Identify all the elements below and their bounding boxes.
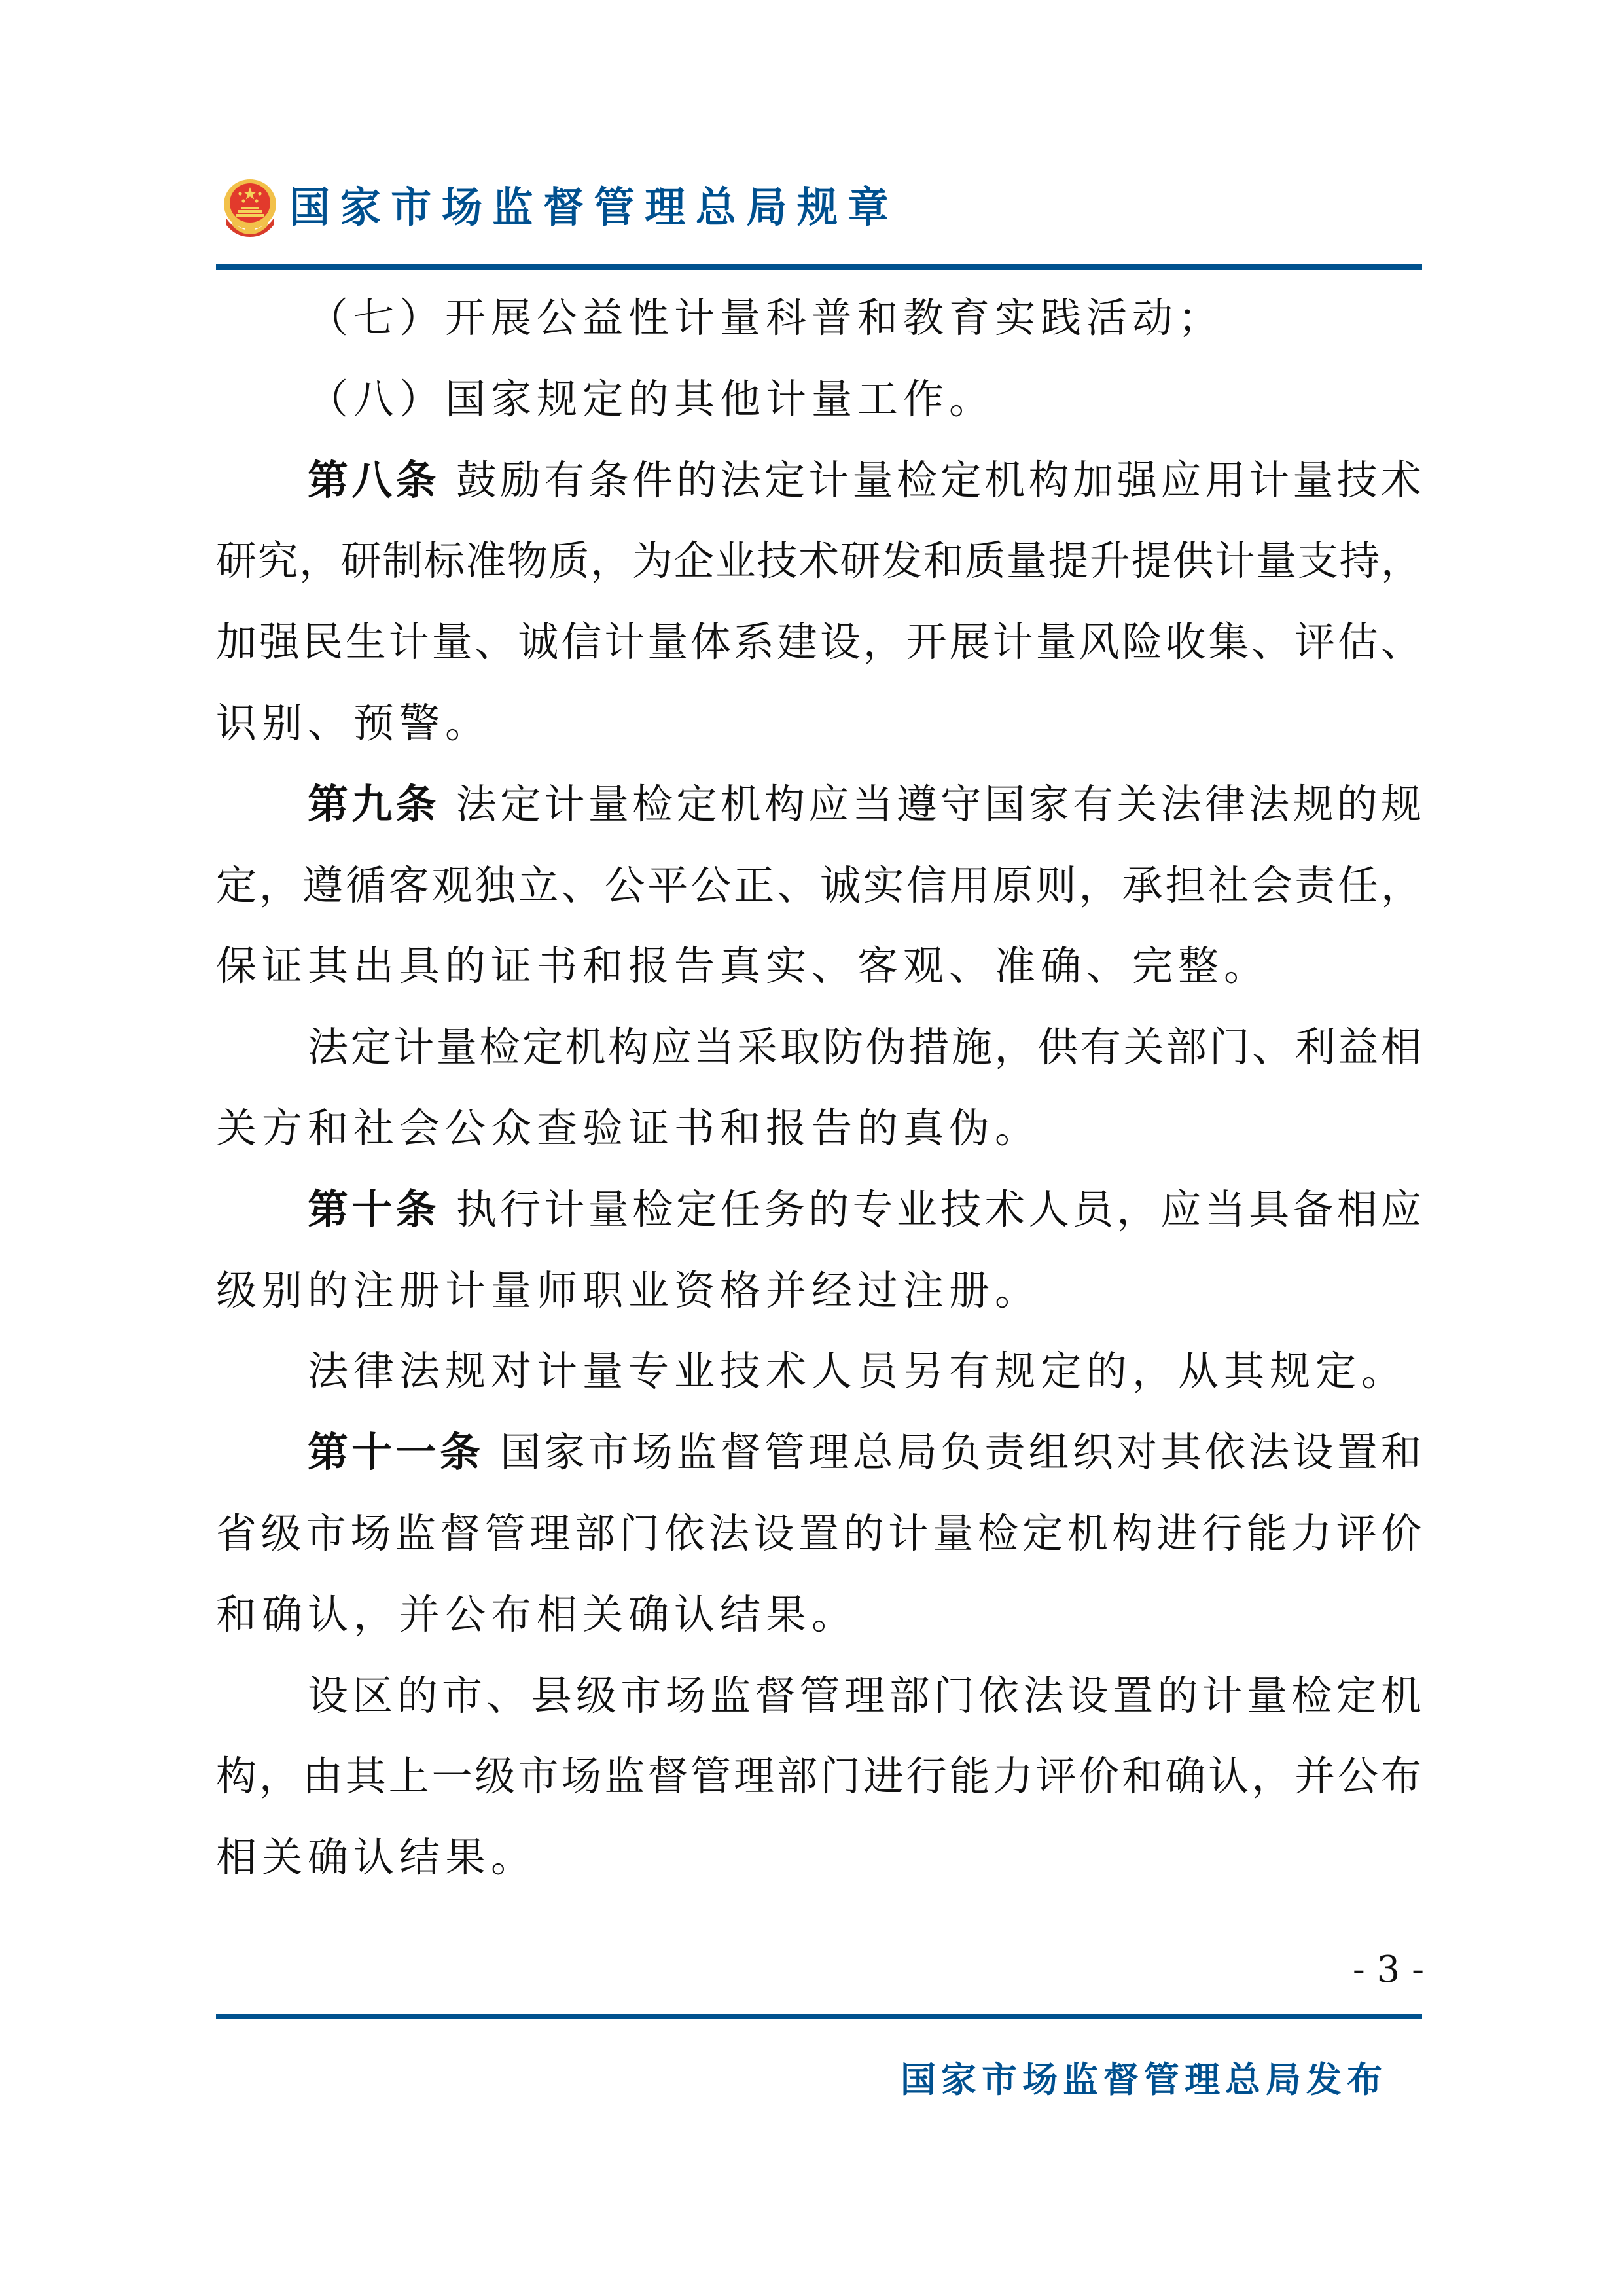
body-text-line: 定，遵循客观独立、公平公正、诚实信用原则，承担社会责任，: [216, 845, 1421, 926]
line-text: 和确认，并公布相关确认结果。: [216, 1590, 857, 1638]
body-text-line: 构，由其上一级市场监督管理部门进行能力评价和确认，并公布: [216, 1736, 1421, 1817]
line-text: 鼓励有条件的法定计量检定机构加强应用计量技术: [440, 456, 1421, 504]
body-text-line: 相关确认结果。: [216, 1817, 1421, 1898]
header-title: 国家市场监督管理总局规章: [289, 185, 899, 232]
article-heading-line: 第八条 鼓励有条件的法定计量检定机构加强应用计量技术: [216, 440, 1421, 521]
document-page: 国家市场监督管理总局规章 （七）开展公益性计量科普和教育实践活动；（八）国家规定…: [0, 0, 1623, 2296]
body-text-line: 识别、预警。: [216, 683, 1421, 764]
line-text: 构，由其上一级市场监督管理部门进行能力评价和确认，并公布: [216, 1752, 1421, 1800]
article-label: 第八条: [308, 456, 440, 504]
body-text-line: 省级市场监督管理部门依法设置的计量检定机构进行能力评价: [216, 1493, 1421, 1574]
line-text: 级别的注册计量师职业资格并经过注册。: [216, 1266, 1041, 1314]
body-text-line: 法律法规对计量专业技术人员另有规定的，从其规定。: [216, 1331, 1421, 1412]
national-emblem-icon: [223, 178, 277, 237]
article-heading-line: 第十条 执行计量检定任务的专业技术人员，应当具备相应: [216, 1169, 1421, 1250]
header-divider: [216, 264, 1422, 270]
line-text: 省级市场监督管理部门依法设置的计量检定机构进行能力评价: [216, 1509, 1421, 1557]
body-text-line: 法定计量检定机构应当采取防伪措施，供有关部门、利益相: [216, 1007, 1421, 1088]
line-text: 保证其出具的证书和报告真实、客观、准确、完整。: [216, 942, 1270, 990]
body-text-line: 和确认，并公布相关确认结果。: [216, 1574, 1421, 1655]
body-text-line: 设区的市、县级市场监督管理部门依法设置的计量检定机: [216, 1655, 1421, 1736]
page-number: - 3 -: [1325, 1949, 1424, 1991]
article-heading-line: 第十一条 国家市场监督管理总局负责组织对其依法设置和: [216, 1412, 1421, 1493]
body-text-line: 研究，研制标准物质，为企业技术研发和质量提升提供计量支持，: [216, 520, 1421, 601]
article-label: 第十条: [308, 1185, 440, 1233]
body-text-line: 关方和社会公众查验证书和报告的真伪。: [216, 1088, 1421, 1169]
line-text: 执行计量检定任务的专业技术人员，应当具备相应: [440, 1185, 1421, 1233]
line-text: 法律法规对计量专业技术人员另有规定的，从其规定。: [308, 1347, 1407, 1395]
footer-publisher: 国家市场监督管理总局发布: [901, 2059, 1387, 2101]
body-text-line: （七）开展公益性计量科普和教育实践活动；: [216, 278, 1421, 359]
document-body: （七）开展公益性计量科普和教育实践活动；（八）国家规定的其他计量工作。第八条 鼓…: [216, 278, 1421, 1898]
article-label: 第十一条: [308, 1428, 484, 1476]
line-text: 定，遵循客观独立、公平公正、诚实信用原则，承担社会责任，: [216, 861, 1421, 909]
body-text-line: （八）国家规定的其他计量工作。: [216, 359, 1421, 440]
line-text: 法定计量检定机构应当遵守国家有关法律法规的规: [440, 780, 1421, 828]
line-text: 加强民生计量、诚信计量体系建设，开展计量风险收集、评估、: [216, 618, 1421, 666]
line-text: 关方和社会公众查验证书和报告的真伪。: [216, 1104, 1041, 1152]
line-text: 国家市场监督管理总局负责组织对其依法设置和: [484, 1428, 1421, 1476]
article-heading-line: 第九条 法定计量检定机构应当遵守国家有关法律法规的规: [216, 764, 1421, 845]
body-text-line: 级别的注册计量师职业资格并经过注册。: [216, 1250, 1421, 1331]
body-text-line: 保证其出具的证书和报告真实、客观、准确、完整。: [216, 925, 1421, 1007]
article-label: 第九条: [308, 780, 440, 828]
line-text: 设区的市、县级市场监督管理部门依法设置的计量检定机: [308, 1672, 1421, 1719]
line-text: （七）开展公益性计量科普和教育实践活动；: [308, 294, 1224, 342]
line-text: 相关确认结果。: [216, 1833, 537, 1881]
line-text: 法定计量检定机构应当采取防伪措施，供有关部门、利益相: [308, 1023, 1421, 1071]
footer-divider: [216, 2014, 1422, 2019]
line-text: 研究，研制标准物质，为企业技术研发和质量提升提供计量支持，: [216, 537, 1421, 584]
line-text: （八）国家规定的其他计量工作。: [308, 375, 995, 423]
line-text: 识别、预警。: [216, 699, 491, 747]
body-text-line: 加强民生计量、诚信计量体系建设，开展计量风险收集、评估、: [216, 601, 1421, 683]
page-header: 国家市场监督管理总局规章: [216, 175, 1427, 241]
